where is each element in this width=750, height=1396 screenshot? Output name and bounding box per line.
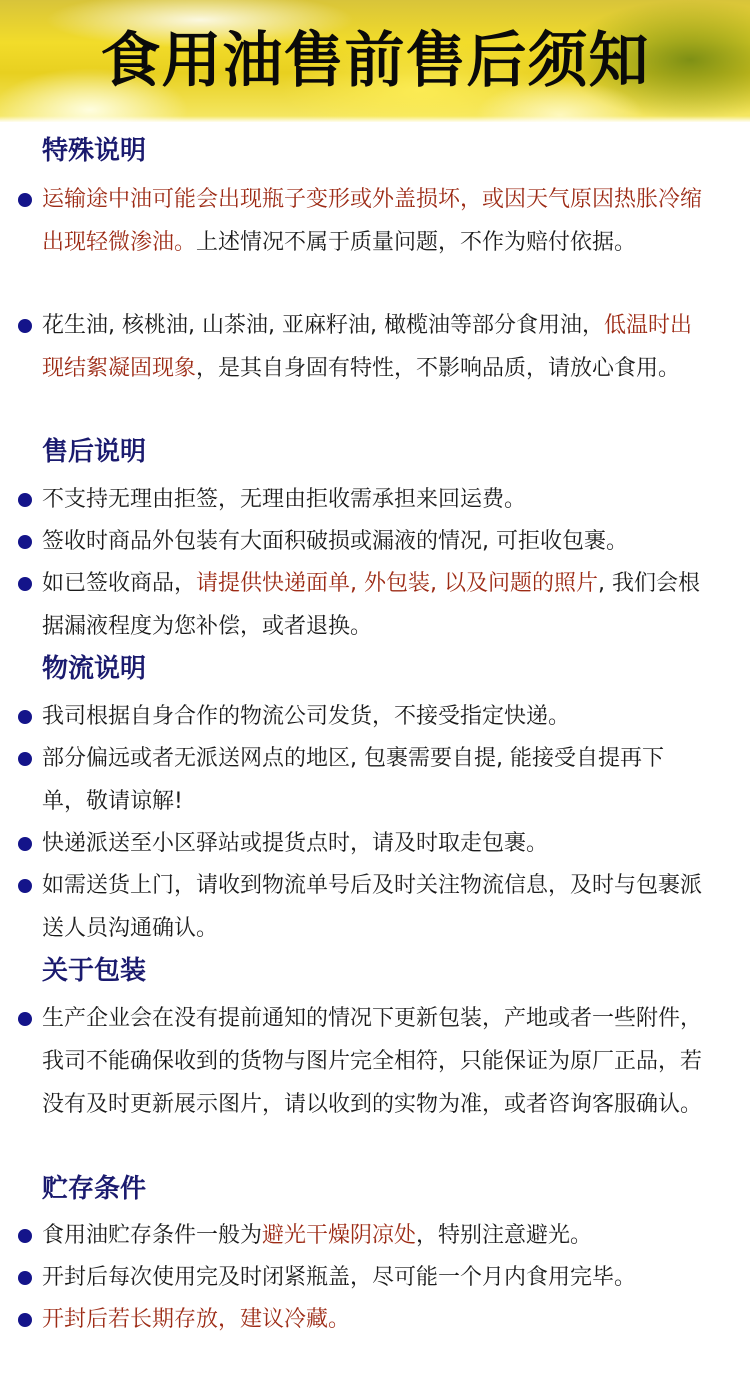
list-item: 部分偏远或者无派送网点的地区, 包裹需要自提, 能接受自提再下单，敬请谅解! <box>42 737 702 823</box>
section-title-storage: 贮存条件 <box>42 1172 146 1206</box>
list-item: 开封后每次使用完及时闭紧瓶盖，尽可能一个月内食用完毕。 <box>42 1256 702 1299</box>
section-title-aftersales: 售后说明 <box>42 435 146 469</box>
bullet-icon <box>18 1229 32 1243</box>
list-item: 签收时商品外包装有大面积破损或漏液的情况, 可拒收包裹。 <box>42 520 702 563</box>
list-item: 如已签收商品，请提供快递面单, 外包装, 以及问题的照片, 我们会根据漏液程度为… <box>42 562 702 648</box>
bullet-icon <box>18 577 32 591</box>
list-item: 生产企业会在没有提前通知的情况下更新包装，产地或者一些附件，我司不能确保收到的货… <box>42 997 702 1126</box>
bullet-icon <box>18 752 32 766</box>
list-item: 食用油贮存条件一般为避光干燥阴凉处，特别注意避光。 <box>42 1214 702 1257</box>
list-item: 花生油, 核桃油, 山茶油, 亚麻籽油, 橄榄油等部分食用油，低温时出现结絮凝固… <box>42 304 702 390</box>
bullet-icon <box>18 837 32 851</box>
bullet-icon <box>18 535 32 549</box>
bullet-icon <box>18 493 32 507</box>
bullet-icon <box>18 193 32 207</box>
section-title-logistics: 物流说明 <box>42 652 146 686</box>
bullet-icon <box>18 710 32 724</box>
list-item: 我司根据自身合作的物流公司发货，不接受指定快递。 <box>42 695 702 738</box>
header-banner: 食用油售前售后须知 <box>0 0 750 122</box>
list-item: 运输途中油可能会出现瓶子变形或外盖损坏，或因天气原因热胀冷缩出现轻微渗油。上述情… <box>42 178 702 264</box>
list-item: 如需送货上门，请收到物流单号后及时关注物流信息，及时与包裹派送人员沟通确认。 <box>42 864 702 950</box>
list-item: 不支持无理由拒签，无理由拒收需承担来回运费。 <box>42 478 702 521</box>
section-title-packaging: 关于包装 <box>42 954 146 988</box>
bullet-icon <box>18 1271 32 1285</box>
list-item: 快递派送至小区驿站或提货点时，请及时取走包裹。 <box>42 822 702 865</box>
list-item: 开封后若长期存放，建议冷藏。 <box>42 1298 702 1341</box>
bullet-icon <box>18 879 32 893</box>
bullet-icon <box>18 1012 32 1026</box>
page-title: 食用油售前售后须知 <box>0 26 750 96</box>
section-title-special: 特殊说明 <box>42 134 146 168</box>
bullet-icon <box>18 1313 32 1327</box>
bullet-icon <box>18 319 32 333</box>
